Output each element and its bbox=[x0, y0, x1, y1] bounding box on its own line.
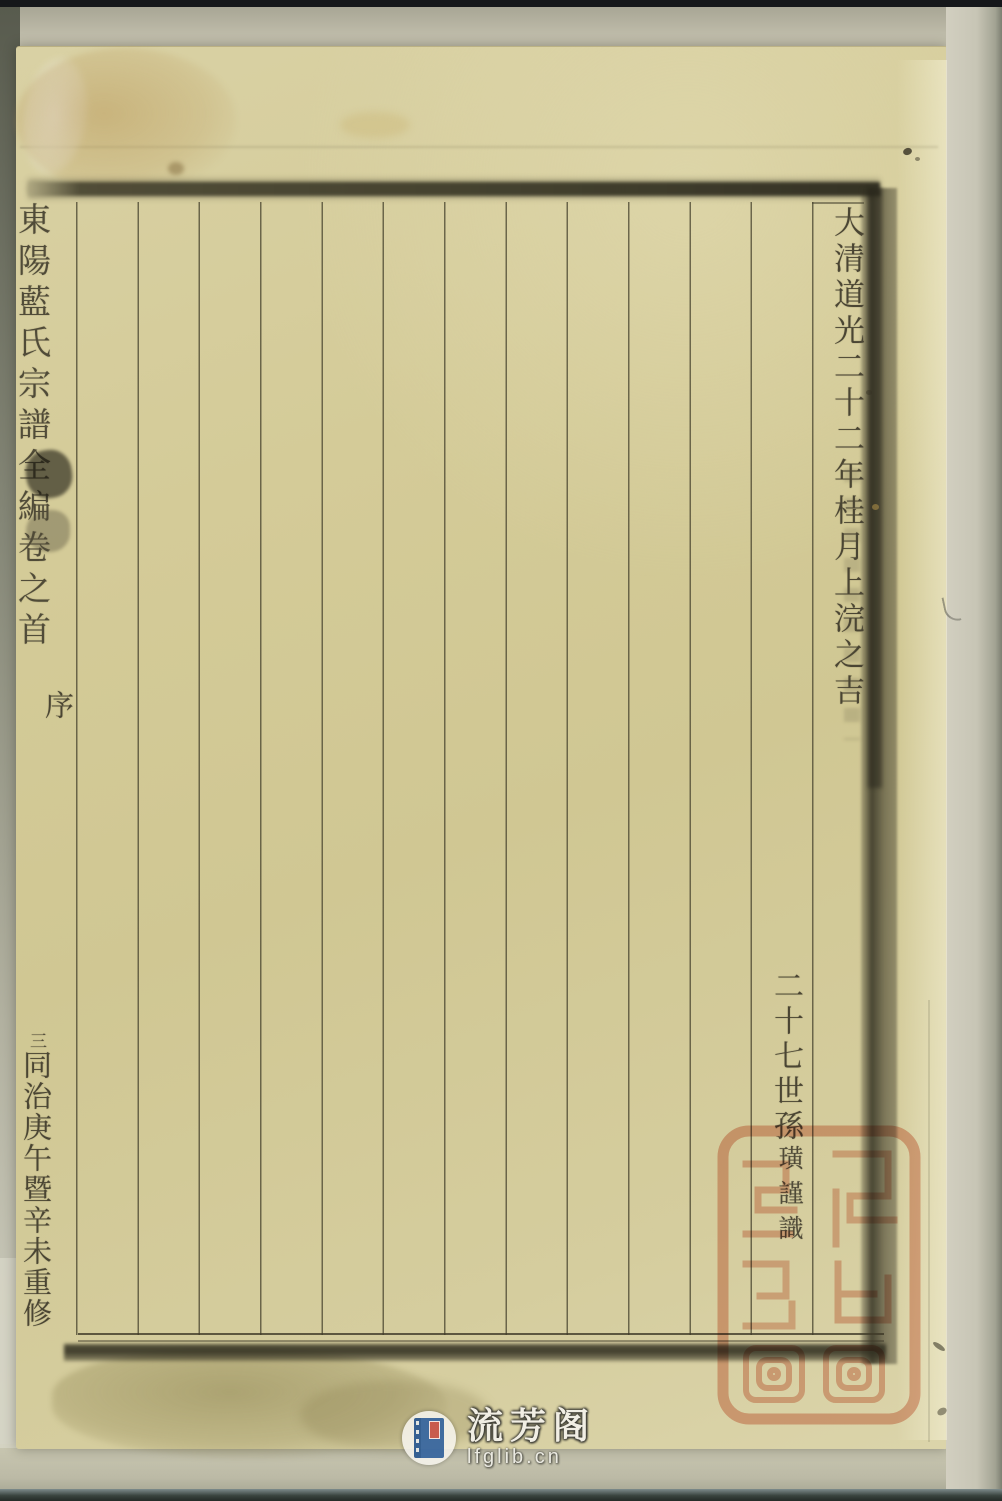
column-header-tick bbox=[812, 202, 864, 204]
red-seal-stamp bbox=[714, 1122, 924, 1428]
spine-volume-mark: 三 bbox=[24, 1032, 49, 1050]
stain-spot bbox=[168, 162, 184, 175]
scanned-genealogy-page: 大清道光二十二年桂月上浣之吉 二十七世孫璜謹識 東陽藍氏宗譜全編卷之首 序 三同… bbox=[0, 0, 1002, 1501]
site-watermark: 流芳阁 lfglib.cn bbox=[402, 1408, 596, 1468]
ink-speck bbox=[866, 390, 872, 395]
frame-border-top bbox=[28, 182, 880, 196]
ink-smudge bbox=[26, 510, 70, 552]
spine-repair-column: 三同治庚午暨辛未重修 bbox=[16, 1032, 57, 1362]
watermark-site-url: lfglib.cn bbox=[467, 1447, 596, 1468]
signature-lead: 二十七世孫 bbox=[768, 970, 803, 1145]
spine-title-text: 東陽藍氏宗譜全編卷之首 bbox=[18, 202, 56, 653]
spine-section-label: 序 bbox=[38, 690, 79, 719]
stain-faint bbox=[340, 112, 410, 138]
watermark-text-block: 流芳阁 lfglib.cn bbox=[467, 1408, 596, 1468]
scan-edge-bottom bbox=[0, 1489, 1002, 1501]
scan-edge-top bbox=[0, 0, 1002, 7]
ruled-column-lines bbox=[76, 202, 814, 1335]
spine-repair-note: 同治庚午暨辛未重修 bbox=[19, 1050, 53, 1329]
date-column-text: 大清道光二十二年桂月上浣之吉 bbox=[824, 206, 869, 736]
frame-border-right-shade bbox=[868, 188, 882, 788]
stain-speck bbox=[872, 504, 879, 510]
watermark-circle bbox=[402, 1411, 456, 1465]
stain-top-left bbox=[16, 48, 236, 193]
stitched-book-icon bbox=[414, 1418, 444, 1458]
paper-crease-right bbox=[928, 1000, 930, 1442]
ink-speck bbox=[915, 157, 920, 161]
watermark-site-name: 流芳阁 bbox=[467, 1408, 596, 1446]
backing-paper-right bbox=[946, 7, 1002, 1494]
backing-paper-top bbox=[0, 7, 1002, 50]
